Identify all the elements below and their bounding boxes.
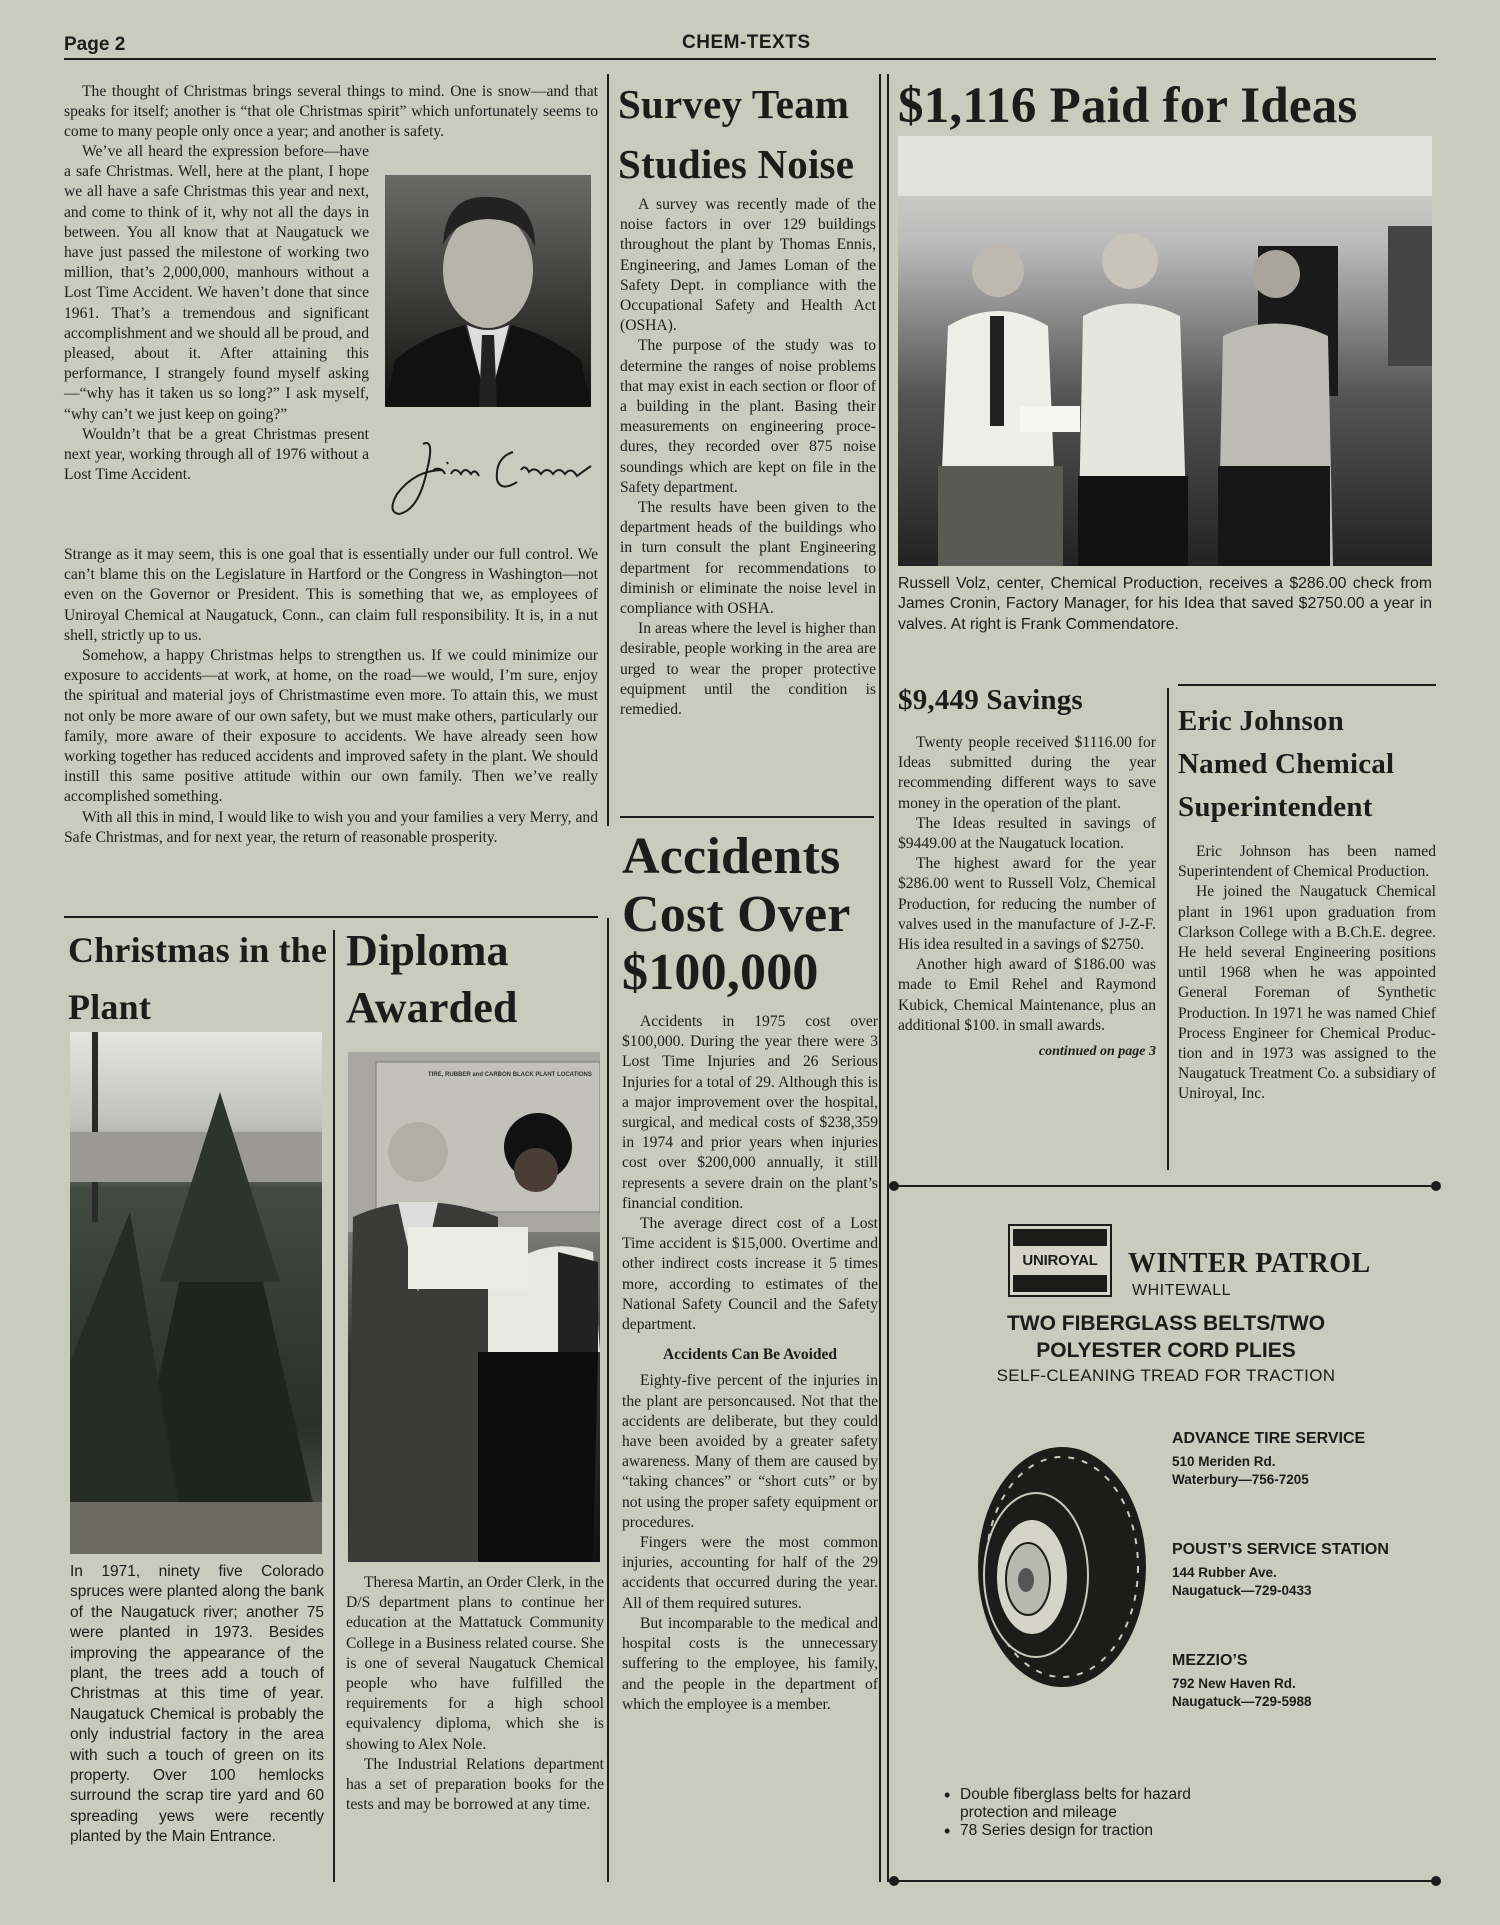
headline-survey: Survey Team Studies Noise (618, 74, 874, 194)
svg-text:Jim Cronin: Jim Cronin (385, 430, 390, 431)
dealer-phone: Waterbury—756-7205 (1172, 1471, 1365, 1489)
dealer-address: 144 Rubber Ave. (1172, 1564, 1389, 1582)
portrait-photo-jim-cronin (385, 175, 591, 407)
ad-tagline: SELF-CLEANING TREAD FOR TRACTION (894, 1366, 1438, 1386)
signature: Jim Cronin (385, 430, 595, 520)
page-number: Page 2 (64, 34, 125, 56)
section-rule (620, 816, 874, 818)
section-rule (64, 916, 598, 918)
article-paragraph: Theresa Martin, an Order Clerk, in the D… (346, 1573, 604, 1755)
letter-paragraph: The thought of Christmas brings several … (64, 82, 598, 143)
column-divider (879, 74, 881, 1882)
letter-wrapped-text: We’ve all heard the expression be­fore—h… (64, 142, 369, 485)
portrait-illustration-icon (385, 175, 591, 407)
dealer-listing: POUST’S SERVICE STATION 144 Rubber Ave. … (1172, 1541, 1389, 1600)
dealer-name: MEZZIO’S (1172, 1652, 1312, 1670)
article-paragraph: The results have been given to the depar… (620, 498, 876, 619)
column-divider (607, 74, 609, 826)
ad-feature-item: Double fiberglass belts for hazard prote… (944, 1786, 1194, 1822)
ad-product-name: WINTER PATROL (1128, 1248, 1371, 1280)
dealer-listing: MEZZIO’S 792 New Haven Rd. Naugatuck—729… (1172, 1652, 1312, 1711)
article-paragraph: A survey was recently made of the noise … (620, 195, 876, 336)
bullet-dot-icon (889, 1181, 899, 1191)
letter-intro: The thought of Christmas brings several … (64, 82, 598, 143)
section-rule (1178, 684, 1436, 686)
headline-accidents: Accidents Cost Over $100,000 (622, 828, 878, 1002)
article-body: A survey was recently made of the noise … (620, 195, 876, 720)
column-divider (607, 918, 609, 1882)
headline-savings: $9,449 Savings (898, 682, 1160, 718)
column-divider (1167, 688, 1169, 1170)
logo-bar (1013, 1275, 1107, 1292)
dealer-name: POUST’S SERVICE STATION (1172, 1541, 1389, 1559)
ad-feature-item: 78 Series design for traction (944, 1822, 1194, 1840)
ad-product-variant: WHITEWALL (1132, 1282, 1231, 1300)
article-body: Theresa Martin, an Order Clerk, in the D… (346, 1573, 604, 1815)
letter-paragraph: Wouldn’t that be a great Christmas prese… (64, 425, 369, 486)
article-paragraph: Eric Johnson has been named Superintende… (1178, 842, 1436, 882)
ad-border-bottom (894, 1880, 1438, 1882)
headline-eric-johnson: Eric Johnson Named Chemical Superintende… (1178, 700, 1438, 829)
continued-link[interactable]: continued on page 3 (898, 1042, 1156, 1062)
headline-ideas: $1,116 Paid for Ideas (898, 76, 1438, 136)
column-divider (887, 74, 889, 1882)
spruce-tree-icon (70, 1032, 322, 1554)
svg-text:TIRE, RUBBER and CARBON BLACK: TIRE, RUBBER and CARBON BLACK PLANT LOCA… (428, 1072, 592, 1078)
diploma-presentation-photo-icon: TIRE, RUBBER and CARBON BLACK PLANT LOCA… (348, 1052, 600, 1562)
article-paragraph: He joined the Naugatuck Chemical plant i… (1178, 882, 1436, 1104)
dealer-phone: Naugatuck—729-5988 (1172, 1693, 1312, 1711)
article-paragraph: The Ideas resulted in savings of $9449.0… (898, 814, 1156, 854)
bullet-dot-icon (1431, 1876, 1441, 1886)
article-paragraph: But incomparable to the med­ical and hos… (622, 1614, 878, 1715)
article-paragraph: Another high award of $186.00 was made t… (898, 955, 1156, 1036)
logo-brand-text: UNIROYAL (1013, 1252, 1107, 1270)
article-paragraph: The average direct cost of a Lost Time a… (622, 1214, 878, 1335)
article-paragraph: The Industrial Relations de­partment has… (346, 1755, 604, 1816)
spruce-trees-photo (70, 1032, 322, 1554)
article-paragraph: The highest award for the year $286.00 w… (898, 854, 1156, 955)
dealer-address: 792 New Haven Rd. (1172, 1675, 1312, 1693)
bullet-dot-icon (1431, 1181, 1441, 1191)
subheading: Accidents Can Be Avoided (622, 1345, 878, 1365)
signature-icon: Jim Cronin (385, 430, 595, 520)
article-paragraph: Accidents in 1975 cost over $100,000. Du… (622, 1012, 878, 1214)
ideas-award-photo (898, 136, 1432, 566)
tire-illustration (966, 1445, 1148, 1689)
article-paragraph: In areas where the level is higher than … (620, 619, 876, 720)
article-body: Twenty people received $1116.00 for Idea… (898, 733, 1156, 1062)
headline-diploma: Diploma Awarded (346, 922, 606, 1036)
ad-border-top (894, 1185, 1438, 1187)
header-rule (64, 58, 1436, 60)
letter-paragraph: Strange as it may seem, this is one goal… (64, 545, 598, 646)
three-men-photo-icon (898, 136, 1432, 566)
article-body: Accidents in 1975 cost over $100,000. Du… (622, 1012, 878, 1715)
letter-paragraph: With all this in mind, I would like to w… (64, 808, 598, 848)
publication-title: CHEM-TEXTS (682, 32, 811, 54)
article-body: Eric Johnson has been named Superintende… (1178, 842, 1436, 1105)
dealer-listing: ADVANCE TIRE SERVICE 510 Meriden Rd. Wat… (1172, 1430, 1365, 1489)
photo-caption: Russell Volz, center, Chemical Productio… (898, 574, 1432, 635)
column-divider (333, 930, 335, 1882)
logo-bar (1013, 1229, 1107, 1246)
ad-feature-list: Double fiberglass belts for hazard prote… (944, 1786, 1194, 1840)
letter-paragraph: We’ve all heard the expression be­fore—h… (64, 142, 369, 425)
article-paragraph: Eighty-five percent of the in­juries in … (622, 1371, 878, 1533)
uniroyal-logo: UNIROYAL (1008, 1224, 1112, 1297)
bullet-dot-icon (889, 1876, 899, 1886)
article-paragraph: Fingers were the most com­mon injuries, … (622, 1533, 878, 1614)
ad-headline-line: POLYESTER CORD PLIES (894, 1337, 1438, 1364)
letter-full-width-text: Strange as it may seem, this is one goal… (64, 545, 598, 848)
tire-icon (966, 1445, 1148, 1689)
ad-headline-line: TWO FIBERGLASS BELTS/TWO (894, 1310, 1438, 1337)
letter-paragraph: Somehow, a happy Christmas helps to stre… (64, 646, 598, 808)
article-paragraph: The purpose of the study was to determin… (620, 336, 876, 498)
article-paragraph: Twenty people received $1116.00 for Idea… (898, 733, 1156, 814)
diploma-photo: TIRE, RUBBER and CARBON BLACK PLANT LOCA… (348, 1052, 600, 1562)
article-body: In 1971, ninety five Colorado spruces we… (70, 1562, 324, 1848)
ad-headline: TWO FIBERGLASS BELTS/TWO POLYESTER CORD … (894, 1310, 1438, 1364)
dealer-name: ADVANCE TIRE SERVICE (1172, 1430, 1365, 1448)
dealer-address: 510 Meriden Rd. (1172, 1453, 1365, 1471)
dealer-phone: Naugatuck—729-0433 (1172, 1582, 1389, 1600)
headline-christmas-plant: Christmas in the Plant (68, 922, 328, 1036)
